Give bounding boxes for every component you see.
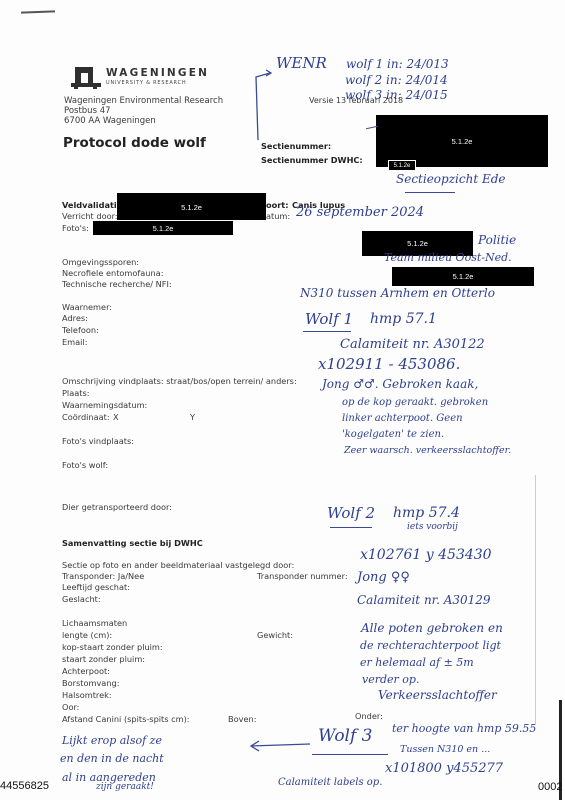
hw-wolf2-note-4: verder op. <box>362 674 419 685</box>
hw-sectie-location: Sectieopzicht Ede <box>396 173 506 185</box>
lichaamsmaten-label: Lichaamsmaten <box>62 618 127 628</box>
dier-getransporteerd-label: Dier getransporteerd door: <box>62 502 172 512</box>
hw-wolf1-nr: wolf 1 in: 24/013 <box>346 58 449 70</box>
hw-wolf3-title: Wolf 3 <box>318 728 373 745</box>
transponder-label: Transponder: Ja/Nee <box>62 571 144 581</box>
fotos-wolf-label: Foto's wolf: <box>62 460 108 470</box>
sectienummer-dwhc-label: Sectienummer DWHC: <box>261 155 363 165</box>
halsomtrek-label: Halsomtrek: <box>62 690 112 700</box>
address-line-1: Wageningen Environmental Research <box>64 96 223 106</box>
hw-wolf2-hmp: hmp 57.4 <box>393 506 460 520</box>
hw-wolf2-nr: wolf 2 in: 24/014 <box>345 74 448 86</box>
omschrijving-label: Omschrijving vindplaats: straat/bos/open… <box>62 376 297 386</box>
onder-label: Onder: <box>355 711 383 721</box>
hw-underline <box>405 192 455 193</box>
email-label: Email: <box>62 337 87 347</box>
necrofiele-label: Necrofiele entomofauna: <box>62 268 163 278</box>
coord-y-label: Y <box>190 412 195 422</box>
page-title: Protocol dode wolf <box>63 135 206 151</box>
oor-label: Oor: <box>62 702 79 712</box>
scan-edge-faint <box>535 475 536 725</box>
hw-wolf2-note-2: de rechterachterpoot ligt <box>360 640 501 651</box>
hw-wolf1-hmp: hmp 57.1 <box>370 312 437 326</box>
hw-n310: N310 tussen Arnhem en Otterlo <box>300 287 495 299</box>
hw-wolf1-note-4: 'kogelgaten' te zien. <box>342 430 444 440</box>
omgevingssporen-label: Omgevingssporen: <box>62 257 139 267</box>
hw-date: 26 september 2024 <box>296 206 424 219</box>
scan-mark <box>21 10 55 13</box>
hw-left-note-2: en den in de nacht <box>60 753 164 764</box>
kop-staart-label: kop-staart zonder pluim: <box>62 642 163 652</box>
waarnemingsdatum-label: Waarnemingsdatum: <box>62 400 147 410</box>
footer-right-id: 0002 <box>538 781 562 793</box>
address-line-3: 6700 AA Wageningen <box>64 116 156 126</box>
logo-name: WAGENINGEN <box>106 67 209 79</box>
hw-left-note-4: zijn geraakt! <box>96 783 154 792</box>
hw-wolf2-hmp-note: iets voorbij <box>407 523 458 532</box>
adres-label: Adres: <box>62 313 88 323</box>
hw-wolf2-title: Wolf 2 <box>327 506 375 521</box>
transponder-nummer-label: Transponder nummer: <box>257 571 348 581</box>
hw-wolf2-calamiteit: Calamiteit nr. A30129 <box>357 594 491 606</box>
lengte-label: lengte (cm): <box>62 630 112 640</box>
wur-logo <box>71 66 101 94</box>
hw-wolf3-hmp: ter hoogte van hmp 59.55 <box>392 723 536 734</box>
hw-wolf3-underline <box>312 754 388 755</box>
hw-wolf3-loc: Tussen N310 en ... <box>400 745 490 755</box>
staart-label: staart zonder pluim: <box>62 654 145 664</box>
logo-subtitle: UNIVERSITY & RESEARCH <box>106 80 186 86</box>
coordinaat-label: Coördinaat: <box>62 412 110 422</box>
hw-wolf3-calamiteit: Calamiteit labels op. <box>278 778 382 788</box>
hw-wolf1-title: Wolf 1 <box>305 312 353 327</box>
gewicht-label: Gewicht: <box>257 630 293 640</box>
telefoon-label: Telefoon: <box>62 325 99 335</box>
hw-wolf3-nr: wolf 3 in: 24/015 <box>345 89 448 101</box>
redacted-veldvalidatie: 5.1.2e <box>117 193 266 220</box>
sectie-op-foto-label: Sectie op foto en ander beeldmateriaal v… <box>62 560 294 570</box>
boven-label: Boven: <box>228 714 256 724</box>
address-line-2: Postbus 47 <box>64 106 111 116</box>
hw-wolf1-calamiteit: Calamiteit nr. A30122 <box>340 338 485 351</box>
arrow-left-icon <box>248 738 313 754</box>
leeftijd-label: Leeftijd geschat: <box>62 582 130 592</box>
fotos-vindplaats-label: Foto's vindplaats: <box>62 436 134 446</box>
hw-wolf1-underline <box>303 331 351 332</box>
redacted-fotos: 5.1.2e <box>93 221 233 235</box>
hw-wolf2-coords: x102761 y 453430 <box>360 548 492 562</box>
geslacht-label: Geslacht: <box>62 594 101 604</box>
hw-wolf1-coords: x102911 - 453086. <box>318 357 460 372</box>
coord-x-label: X <box>113 412 119 422</box>
samenvatting-title: Samenvatting sectie bij DWHC <box>62 538 203 548</box>
afstand-canini-label: Afstand Canini (spits-spits cm): <box>62 714 190 724</box>
hw-wolf2-age: Jong ♀♀ <box>357 571 410 584</box>
hw-wolf2-note-1: Alle poten gebroken en <box>361 622 503 634</box>
technische-label: Technische recherche/ NFI: <box>62 279 172 289</box>
hw-wolf3-coords: x101800 y455277 <box>385 762 503 775</box>
datum-label: atum: <box>266 211 290 221</box>
hw-wolf1-note-1: Jong ♂♂. Gebroken kaak, <box>322 378 478 390</box>
verricht-door-label: Verricht door: <box>62 211 118 221</box>
plaats-label: Plaats: <box>62 388 89 398</box>
redacted-technische: 5.1.2e <box>392 267 534 286</box>
waarnemer-label: Waarnemer: <box>62 302 112 312</box>
hw-team-milieu: Team milieu Oost-Ned. <box>384 252 512 263</box>
soort-label: oort: <box>266 200 288 210</box>
footer-left-id: 44556825 <box>0 780 49 792</box>
hw-wenr: WENR <box>276 56 327 71</box>
hw-politie: Politie <box>478 234 516 246</box>
achterpoot-label: Achterpoot: <box>62 666 110 676</box>
hw-wolf1-note-2: op de kop geraakt. gebroken <box>342 398 488 408</box>
hw-wolf2-underline <box>330 527 372 528</box>
hw-wolf2-note-3: er helemaal af ± 5m <box>360 657 474 668</box>
veldvalidatie-label: Veldvalidatie <box>62 200 122 210</box>
hw-left-note-1: Lijkt erop alsof ze <box>62 735 162 746</box>
fotos-label: Foto's: <box>62 223 89 233</box>
hw-wolf1-note-5: Zeer waarsch. verkeersslachtoffer. <box>344 446 511 456</box>
wur-logo-icon <box>71 66 101 90</box>
hw-wolf2-note-5: Verkeersslachtoffer <box>378 689 497 701</box>
borstomvang-label: Borstomvang: <box>62 678 119 688</box>
hw-wolf1-note-3: linker achterpoot. Geen <box>342 414 463 424</box>
redacted-sectienummer-dwhc: 5.1.2e <box>388 160 416 171</box>
